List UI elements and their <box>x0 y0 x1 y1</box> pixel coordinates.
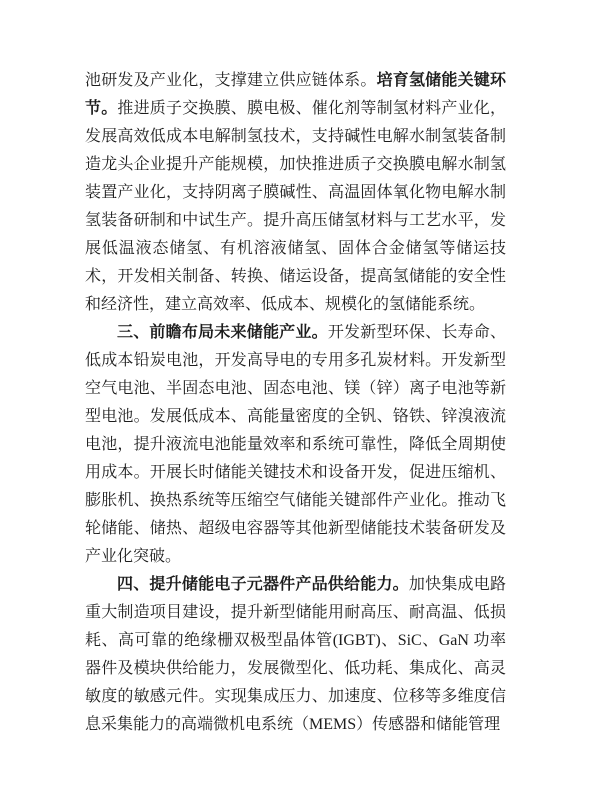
document-body: 池研发及产业化，支撑建立供应链体系。培育氢储能关键环节。推进质子交换膜、膜电极、… <box>85 67 506 739</box>
paragraph-hydrogen-storage: 池研发及产业化，支撑建立供应链体系。培育氢储能关键环节。推进质子交换膜、膜电极、… <box>85 67 506 319</box>
document-page: 池研发及产业化，支撑建立供应链体系。培育氢储能关键环节。推进质子交换膜、膜电极、… <box>0 0 590 792</box>
paragraph-text: 池研发及产业化，支撑建立供应链体系。 <box>85 72 377 89</box>
paragraph-text: 加快集成电路重大制造项目建设，提升新型储能用耐高压、耐高温、低损耗、高可靠的绝缘… <box>85 576 506 733</box>
inline-bold-heading-section-3: 三、前瞻布局未来储能产业。 <box>117 324 328 341</box>
paragraph-future-storage-industry: 三、前瞻布局未来储能产业。开发新型环保、长寿命、低成本铅炭电池，开发高导电的专用… <box>85 319 506 571</box>
inline-bold-heading-section-4: 四、提升储能电子元器件产品供给能力。 <box>117 576 409 593</box>
paragraph-text: 开发新型环保、长寿命、低成本铅炭电池，开发高导电的专用多孔炭材料。开发新型空气电… <box>85 324 506 565</box>
paragraph-text: 推进质子交换膜、膜电极、催化剂等制氢材料产业化，发展高效低成本电解制氢技术，支持… <box>85 100 506 313</box>
paragraph-electronic-components: 四、提升储能电子元器件产品供给能力。加快集成电路重大制造项目建设，提升新型储能用… <box>85 571 506 739</box>
